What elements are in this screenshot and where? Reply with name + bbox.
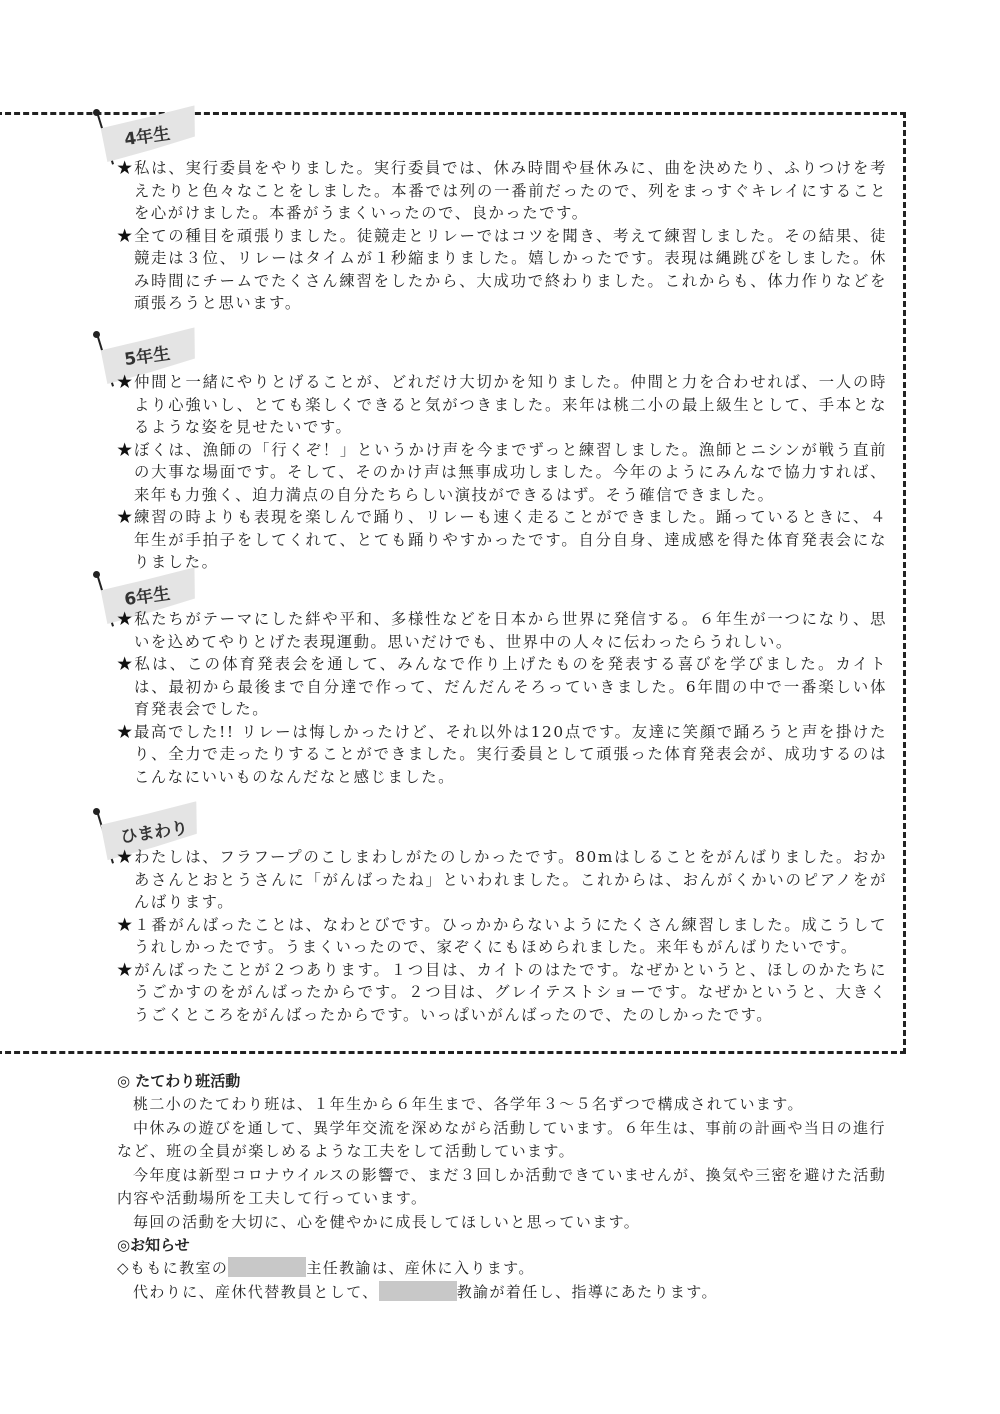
star-icon: ★ <box>117 159 134 177</box>
list-item: ★私たちがテーマにした絆や平和、多様性などを日本から世界に発信する。６年生が一つ… <box>117 608 887 653</box>
star-icon: ★ <box>117 655 135 673</box>
tatewari-paragraph: 今年度は新型コロナウイルスの影響で、まだ３回しか活動できていませんが、換気や三密… <box>117 1164 887 1211</box>
star-icon: ★ <box>117 848 134 866</box>
list-item: ★わたしは、フラフープのこしまわしがたのしかったです。80mはしることをがんばり… <box>117 846 887 914</box>
notice-line: 代わりに、産休代替教員として、教諭が着任し、指導にあたります。 <box>117 1281 887 1305</box>
list-item: ★練習の時よりも表現を楽しんで踊り、リレーも速く走ることができました。踊っている… <box>117 506 887 574</box>
star-icon: ★ <box>117 227 134 245</box>
list-item: ★私は、この体育発表会を通して、みんなで作り上げたものを発表する喜びを学びました… <box>117 653 887 721</box>
star-icon: ★ <box>117 916 134 934</box>
list-item: ★がんばったことが２つあります。１つ目は、カイトのはたです。なぜかというと、ほし… <box>117 959 887 1027</box>
list-item: ★私は、実行委員をやりました。実行委員では、休み時間や昼休みに、曲を決めたり、ふ… <box>117 157 887 225</box>
entry-list: ★わたしは、フラフープのこしまわしがたのしかったです。80mはしることをがんばり… <box>117 846 887 1026</box>
tatewari-paragraph: 桃二小のたてわり班は、１年生から６年生まで、各学年３～５名ずつで構成されています… <box>117 1093 887 1117</box>
notice-heading: ◎お知らせ <box>117 1234 887 1257</box>
entry-list: ★仲間と一緒にやりとげることが、どれだけ大切かを知りました。仲間と力を合わせれば… <box>117 371 887 574</box>
star-icon: ★ <box>117 961 134 979</box>
redacted-name <box>379 1281 457 1301</box>
entry-list: ★私たちがテーマにした絆や平和、多様性などを日本から世界に発信する。６年生が一つ… <box>117 608 887 788</box>
star-icon: ★ <box>117 441 134 459</box>
entry-list: ★私は、実行委員をやりました。実行委員では、休み時間や昼休みに、曲を決めたり、ふ… <box>117 157 887 315</box>
list-item: ★１番がんばったことは、なわとびです。ひっかからないようにたくさん練習しました。… <box>117 914 887 959</box>
list-item: ★仲間と一緒にやりとげることが、どれだけ大切かを知りました。仲間と力を合わせれば… <box>117 371 887 439</box>
list-item: ★最高でした!! リレーは悔しかったけど、それ以外は120点です。友達に笑顔で踊… <box>117 721 887 789</box>
lower-content: ◎ たてわり班活動 桃二小のたてわり班は、１年生から６年生まで、各学年３～５名ず… <box>117 1070 887 1304</box>
tatewari-heading: ◎ たてわり班活動 <box>117 1070 887 1093</box>
notice-line: ◇ももに教室の主任教諭は、産休に入ります。 <box>117 1257 887 1281</box>
star-icon: ★ <box>117 373 134 391</box>
list-item: ★全ての種目を頑張りました。徒競走とリレーではコツを聞き、考えて練習しました。そ… <box>117 225 887 315</box>
star-icon: ★ <box>117 723 134 741</box>
tatewari-paragraph: 中休みの遊びを通して、異学年交流を深めながら活動しています。６年生は、事前の計画… <box>117 1117 887 1164</box>
star-icon: ★ <box>117 508 134 526</box>
tatewari-paragraph: 毎回の活動を大切に、心を健やかに成長してほしいと思っています。 <box>117 1211 887 1235</box>
redacted-name <box>228 1257 306 1277</box>
star-icon: ★ <box>117 610 134 628</box>
list-item: ★ぼくは、漁師の「行くぞ！」というかけ声を今までずっと練習しました。漁師とニシン… <box>117 439 887 507</box>
